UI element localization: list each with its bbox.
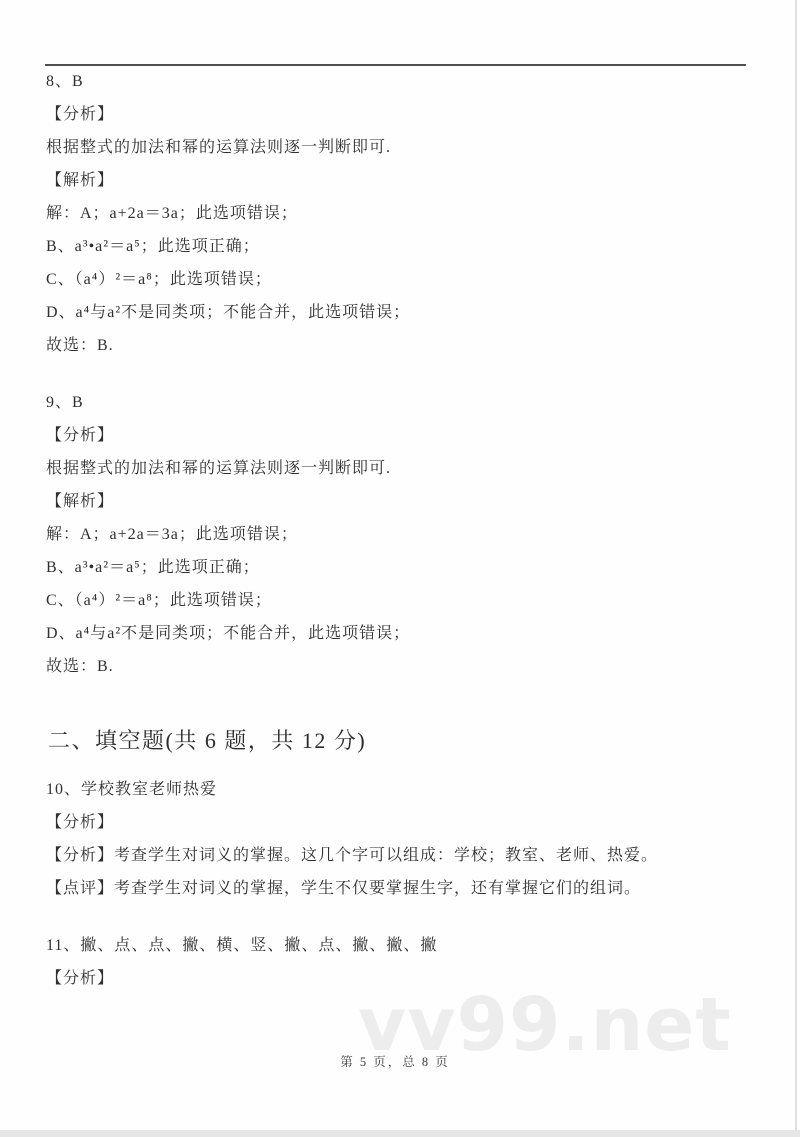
- option-c-line: C、（a⁴）²＝a⁸；此选项错误；: [46, 591, 766, 611]
- analysis-text: 【分析】考查学生对词义的掌握。这几个字可以组成：学校；教室、老师、热爱。: [46, 846, 766, 866]
- answer-block-9: 9、B 【分析】 根据整式的加法和幂的运算法则逐一判断即可. 【解析】 解：A；…: [46, 393, 766, 690]
- answer-number: 10、学校教室老师热爱: [46, 780, 766, 800]
- page-edge-right: [795, 0, 797, 1137]
- conclusion-line: 故选：B.: [46, 657, 766, 677]
- option-a-line: 解：A；a+2a＝3a；此选项错误；: [46, 204, 766, 224]
- section-divider: [45, 64, 746, 66]
- analysis-text: 根据整式的加法和幂的运算法则逐一判断即可.: [46, 459, 766, 479]
- analysis-tag: 【分析】: [46, 426, 766, 446]
- answer-block-10: 10、学校教室老师热爱 【分析】 【分析】考查学生对词义的掌握。这几个字可以组成…: [46, 780, 766, 912]
- answer-block-8: 8、B 【分析】 根据整式的加法和幂的运算法则逐一判断即可. 【解析】 解：A；…: [46, 72, 766, 369]
- option-b-line: B、a³•a²＝a⁵；此选项正确；: [46, 558, 766, 578]
- page-edge-bottom: [0, 1130, 800, 1137]
- page-number: 第 5 页，总 8 页: [0, 1052, 790, 1070]
- answer-number: 9、B: [46, 393, 766, 413]
- explanation-tag: 【解析】: [46, 171, 766, 191]
- document-page: { "answer8": { "lines": [ "8、B", "【分析】",…: [0, 0, 800, 1137]
- option-d-line: D、a⁴与a²不是同类项；不能合并，此选项错误；: [46, 303, 766, 323]
- explanation-tag: 【解析】: [46, 492, 766, 512]
- answer-number: 8、B: [46, 72, 766, 92]
- answer-number: 11、撇、点、点、撇、横、竖、撇、点、撇、撇、撇: [46, 936, 766, 956]
- option-b-line: B、a³•a²＝a⁵；此选项正确；: [46, 237, 766, 257]
- option-c-line: C、（a⁴）²＝a⁸；此选项错误；: [46, 270, 766, 290]
- analysis-tag: 【分析】: [46, 813, 766, 833]
- option-d-line: D、a⁴与a²不是同类项；不能合并，此选项错误；: [46, 624, 766, 644]
- analysis-tag: 【分析】: [46, 105, 766, 125]
- comment-text: 【点评】考查学生对词义的掌握，学生不仅要掌握生字，还有掌握它们的组词。: [46, 879, 766, 899]
- watermark: vv99.net: [358, 988, 732, 1062]
- option-a-line: 解：A；a+2a＝3a；此选项错误；: [46, 525, 766, 545]
- section-2-heading: 二、填空题(共 6 题，共 12 分): [48, 726, 366, 756]
- conclusion-line: 故选：B.: [46, 336, 766, 356]
- analysis-text: 根据整式的加法和幂的运算法则逐一判断即可.: [46, 138, 766, 158]
